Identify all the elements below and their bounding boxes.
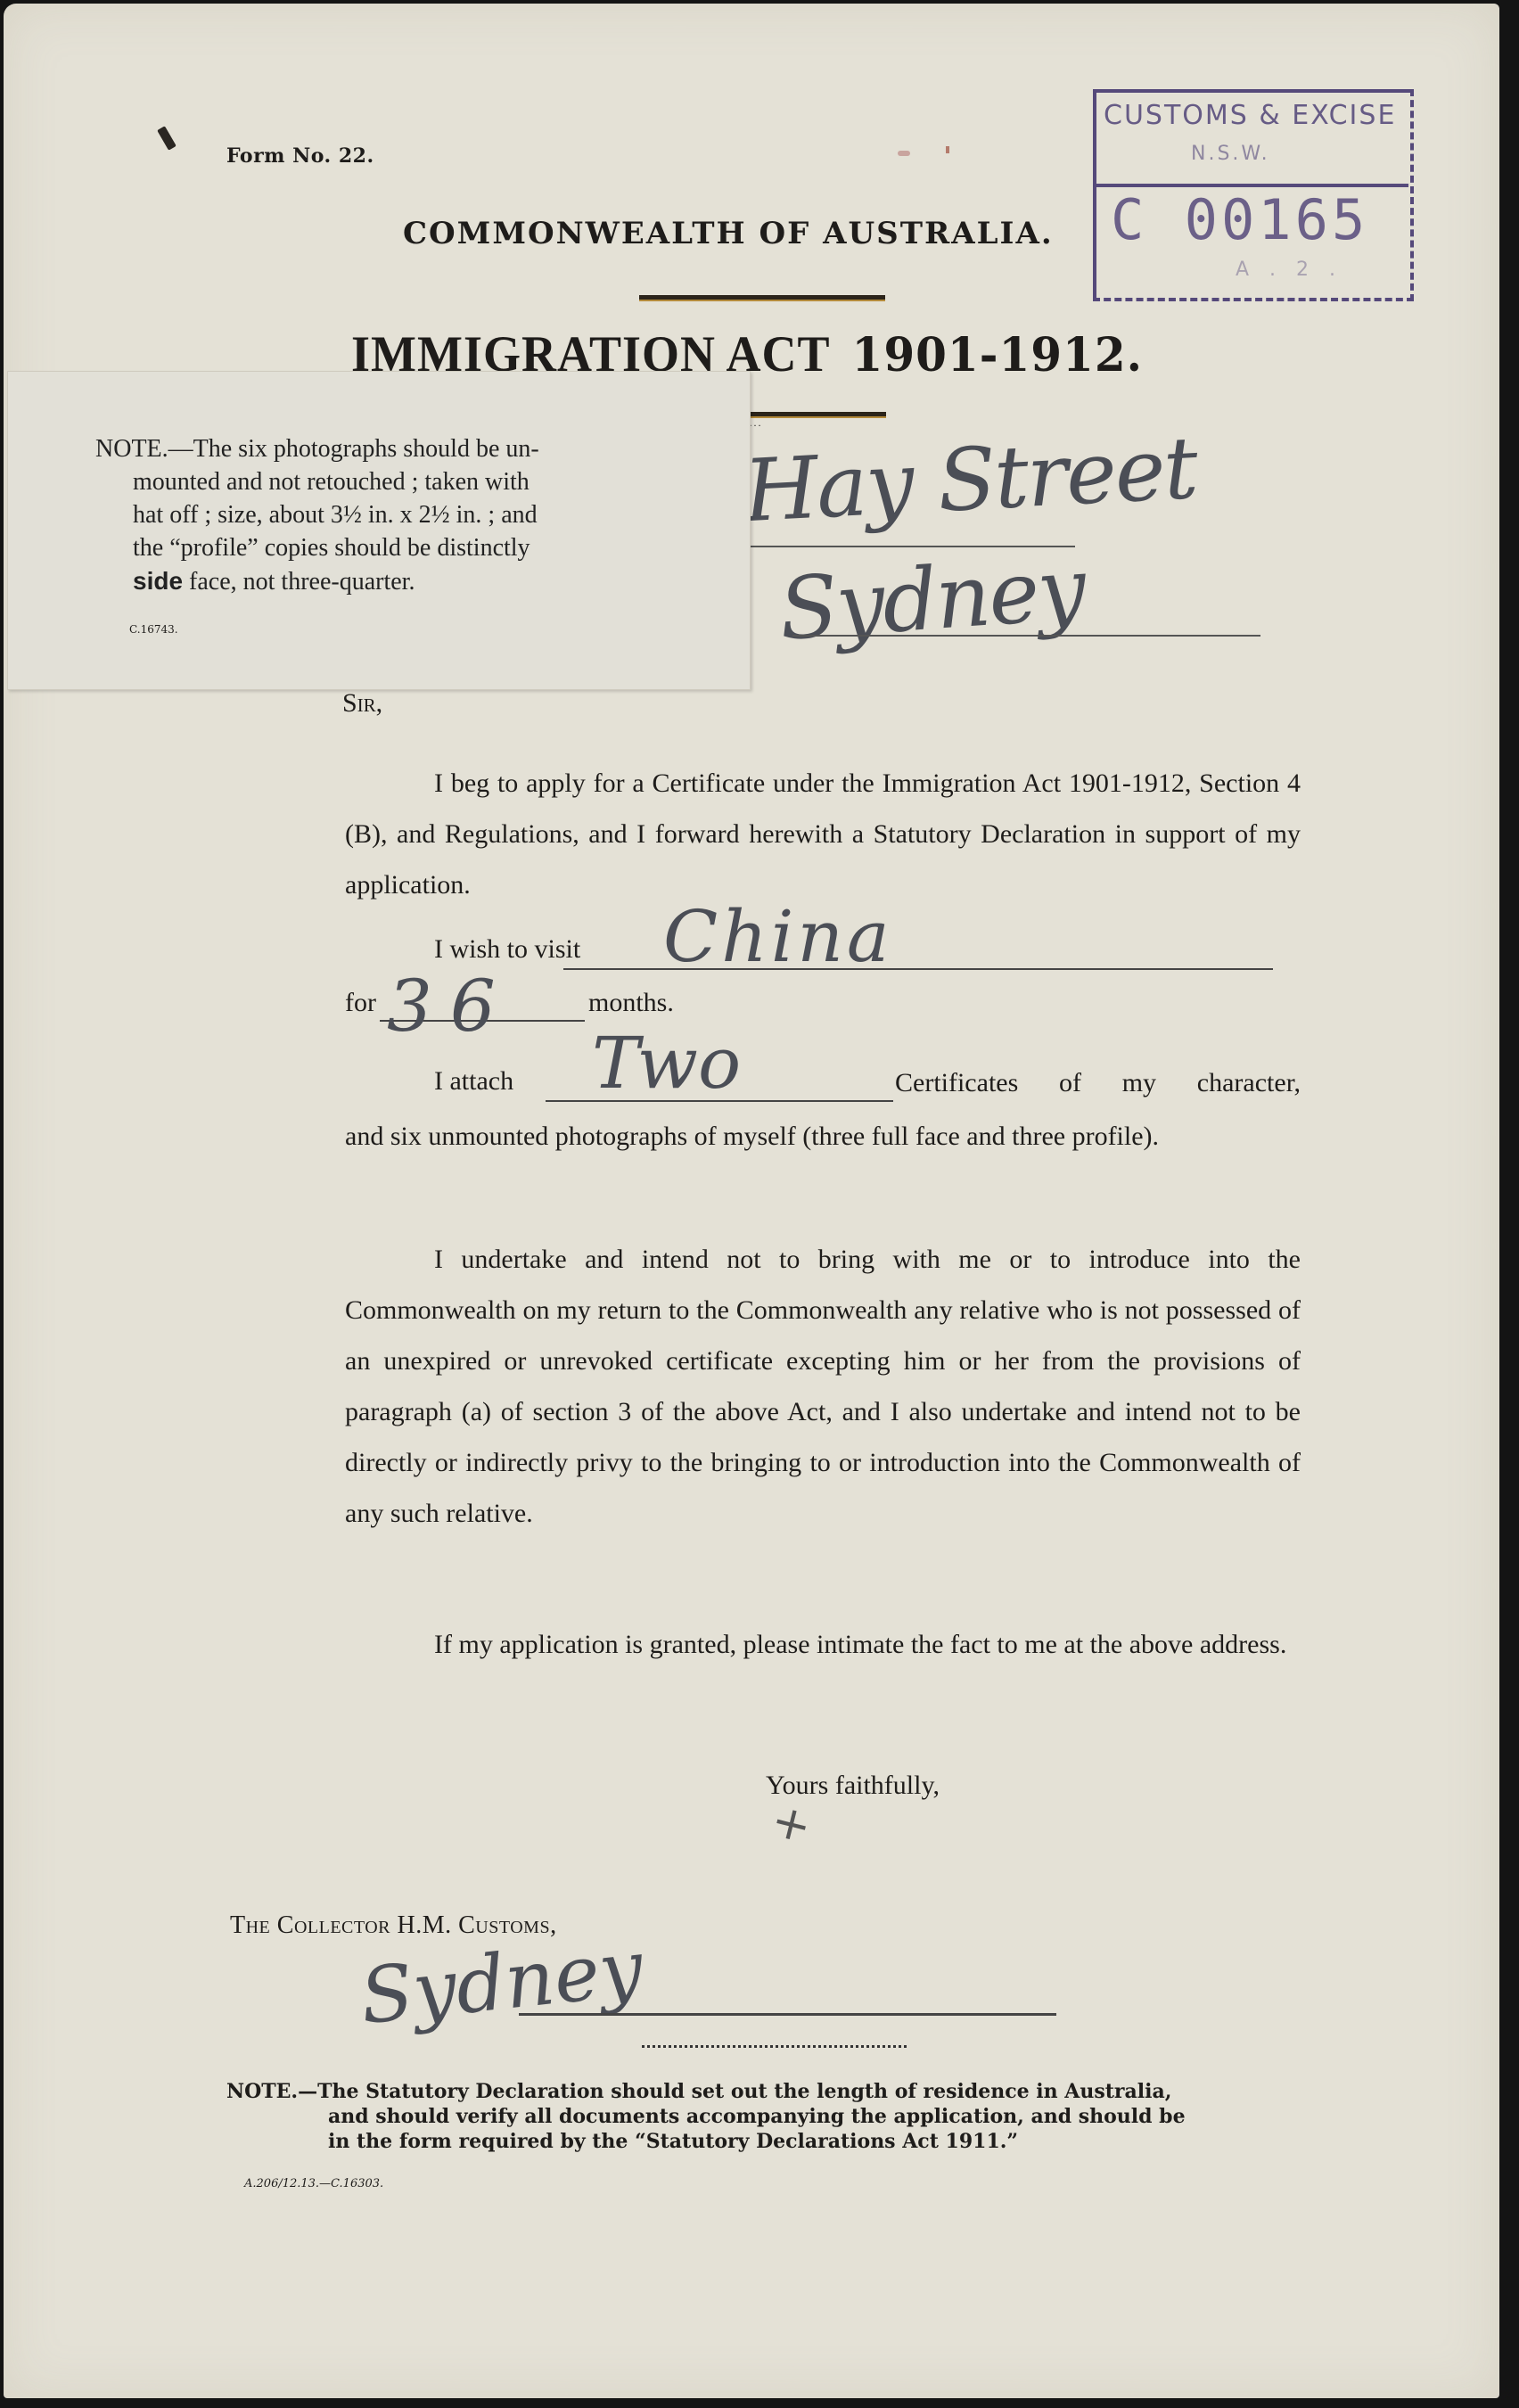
photo-note-line: the “profile” copies should be distinctl… [95, 531, 702, 564]
stamp-line2: N.S.W. [1191, 143, 1270, 165]
paragraph-undertaking-text: I undertake and intend not to bring with… [345, 1245, 1301, 1528]
photo-note-emphasis: side [133, 567, 183, 595]
address-line1-handwritten: Hay Street [741, 418, 1198, 541]
wish-field-value: China [663, 895, 893, 978]
paragraph-granted: If my application is granted, please int… [345, 1619, 1301, 1670]
paragraph-apply: I beg to apply for a Certificate under t… [345, 758, 1301, 910]
address-rule [792, 635, 1260, 637]
ink-blot [898, 151, 910, 156]
photo-note-last: face, not three-quarter. [183, 568, 415, 596]
attach-field-value: Two [592, 1022, 741, 1105]
photo-note-line: hat off ; size, about 3½ in. x 2½ in. ; … [95, 498, 702, 531]
wavy-rule [642, 2045, 909, 2048]
stamp-line1: CUSTOMS & EXCISE [1104, 100, 1396, 131]
stamp-number: C 00165 [1111, 187, 1368, 252]
photo-note-code: C.16743. [129, 623, 178, 636]
ink-blot [946, 146, 949, 153]
staple-hole [157, 126, 177, 151]
signature-mark: + [766, 1794, 817, 1855]
divider [639, 295, 885, 301]
addressee-city-handwritten: Sydney [357, 1924, 647, 2042]
wish-label: I wish to visit [434, 934, 580, 965]
for-label: for [345, 988, 376, 1018]
months-field-value: 36 [387, 965, 513, 1048]
photo-note-text: NOTE.—The six photographs should be un- … [95, 432, 702, 598]
salutation: Sir, [342, 688, 382, 719]
paragraph-apply-text: I beg to apply for a Certificate under t… [345, 768, 1301, 900]
customs-stamp: CUSTOMS & EXCISE N.S.W. C 00165 A . 2 . [1093, 89, 1412, 300]
print-code: A.206/12.13.—C.16303. [244, 2177, 383, 2190]
attach-label: I attach [434, 1066, 513, 1097]
photo-note-last-line: side face, not three-quarter. [95, 564, 702, 598]
addressee-rule [519, 2013, 1056, 2016]
form-number: Form No. 22. [226, 144, 374, 168]
attach-rest: Certificates of my character, [895, 1068, 1301, 1098]
months-label: months. [588, 988, 674, 1018]
footer-note-line: in the form required by the “Statutory D… [226, 2129, 1314, 2154]
stamp-date: A . 2 . [1236, 259, 1342, 281]
paragraph-undertaking: I undertake and intend not to bring with… [345, 1234, 1301, 1539]
authority-heading: COMMONWEALTH OF AUSTRALIA. [403, 216, 1054, 251]
photo-note-slip: NOTE.—The six photographs should be un- … [7, 371, 751, 690]
footer-note-line: and should verify all documents accompan… [226, 2104, 1314, 2129]
footer-note: NOTE.—The Statutory Declaration should s… [226, 2079, 1314, 2154]
footer-note-lead: NOTE.—The Statutory Declaration should s… [226, 2080, 1171, 2103]
photo-note-line: mounted and not retouched ; taken with [95, 465, 702, 498]
addressee-label: The Collector H.M. Customs, [230, 1911, 557, 1940]
act-years: 1901-1912. [852, 327, 1143, 382]
photo-note-lead: NOTE.—The six photographs should be un- [95, 435, 539, 463]
address-line2-handwritten: Sydney [776, 538, 1088, 660]
document-page: Form No. 22. COMMONWEALTH OF AUSTRALIA. … [4, 4, 1499, 2398]
paragraph-granted-text: If my application is granted, please int… [434, 1630, 1286, 1659]
paragraph-photos: and six unmounted photographs of myself … [345, 1111, 1301, 1162]
divider [743, 412, 886, 418]
